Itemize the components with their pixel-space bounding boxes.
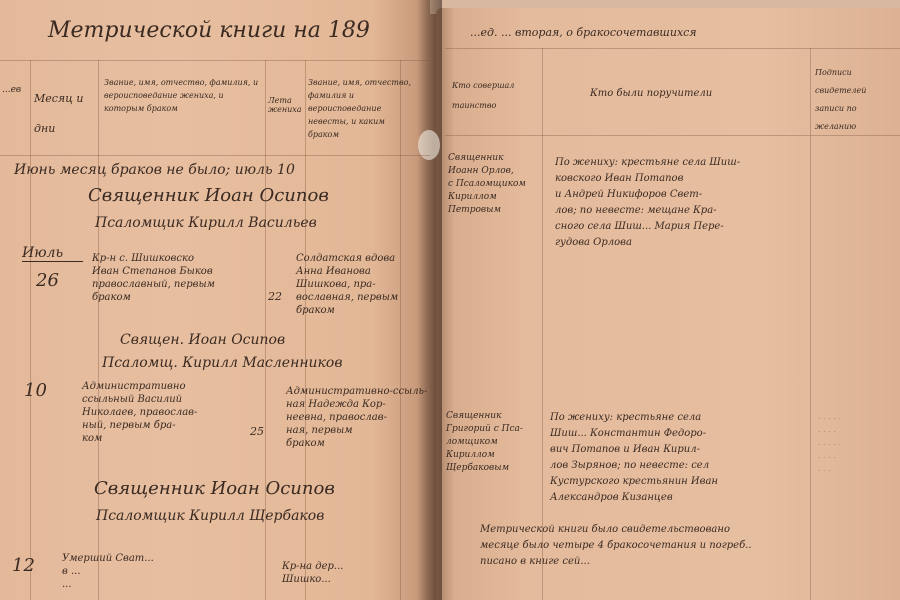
bride-details: Кр-на дер... Шишко... bbox=[282, 560, 343, 586]
officiant: Священник Иоанн Орлов, с Псаломщиком Кир… bbox=[448, 152, 526, 217]
book-title: Метрической книги на 189 bbox=[48, 18, 370, 43]
signature: Псаломщ. Кирилл Масленников bbox=[102, 355, 343, 371]
column-divider bbox=[30, 60, 31, 600]
groom-details: Административно ссыльный Василий Николае… bbox=[82, 380, 197, 445]
entry-day: 10 bbox=[24, 380, 47, 401]
page-header: ...ед. ... вторая, о бракосочетавшихся bbox=[470, 26, 697, 39]
guarantors: По жениху: крестьяне села Шиш... Констан… bbox=[550, 410, 718, 506]
groom-age: 25 bbox=[250, 425, 264, 438]
bride-details: Административно-ссыль- ная Надежда Кор- … bbox=[286, 385, 427, 450]
signature: Псаломщик Кирилл Васильев bbox=[95, 215, 317, 231]
column-header: Месяц и дни bbox=[34, 84, 94, 144]
header-rule bbox=[0, 60, 430, 61]
guarantors: По жениху: крестьяне села Шиш- ковского … bbox=[555, 155, 740, 251]
signature: Псаломщик Кирилл Щербаков bbox=[96, 508, 324, 524]
signature: Священ. Иоан Осипов bbox=[120, 332, 285, 348]
column-divider bbox=[810, 48, 811, 600]
bride-details: Солдатская вдова Анна Иванова Шишкова, п… bbox=[296, 252, 398, 317]
groom-details: Умерший Сват... в ... ... bbox=[62, 552, 154, 591]
column-header: Подписи свидетелей записи по желанию bbox=[815, 64, 897, 136]
officiant: Священник Григорий с Пса- ломщиком Кирил… bbox=[446, 410, 523, 475]
column-divider bbox=[542, 48, 543, 600]
signature: Священник Иоан Осипов bbox=[88, 185, 329, 206]
column-header: Звание, имя, отчество, фамилия и вероисп… bbox=[308, 76, 418, 141]
groom-details: Кр-н с. Шишковско Иван Степанов Быков пр… bbox=[92, 252, 215, 304]
closing-note: Метрической книги было свидетельствовано… bbox=[480, 522, 752, 570]
header-bottom-rule bbox=[0, 155, 430, 156]
entry-month: Июль bbox=[22, 245, 83, 262]
signature: Священник Иоан Осипов bbox=[94, 478, 335, 499]
column-header: Лета жениха bbox=[268, 96, 304, 114]
faint-signatures: . . . . . . . . . . . . . . . . . . . . … bbox=[818, 410, 841, 475]
book-binding-gutter bbox=[418, 0, 442, 600]
column-header: Кто совершал таинство bbox=[452, 76, 537, 116]
groom-age: 22 bbox=[268, 290, 282, 303]
entry-day: 12 bbox=[12, 555, 35, 576]
entry-note: Июнь месяц браков не было; июль 10 bbox=[14, 162, 295, 178]
column-divider bbox=[400, 60, 401, 600]
entry-day: 26 bbox=[36, 270, 59, 291]
column-header: Звание, имя, отчество, фамилия, и вероис… bbox=[104, 76, 264, 115]
header-rule bbox=[445, 48, 900, 49]
column-header: ...ев bbox=[2, 85, 21, 95]
column-header: Кто были поручители bbox=[590, 88, 712, 99]
